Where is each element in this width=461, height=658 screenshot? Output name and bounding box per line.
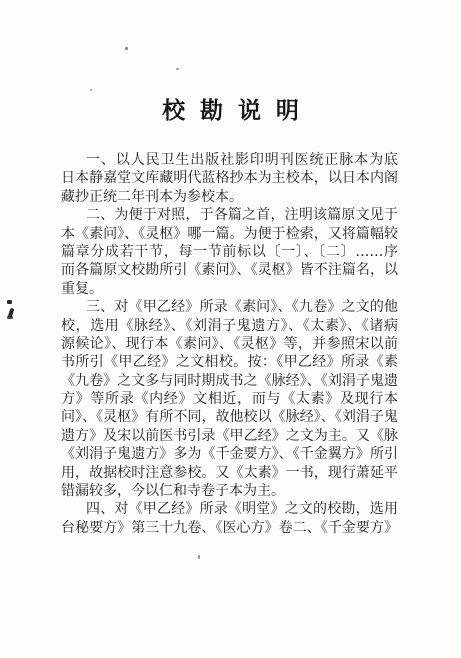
scan-speck	[198, 555, 200, 559]
text-line: 篇章分成若干节，每一节前标以〔一〕、〔二〕……序号，	[61, 243, 398, 261]
text-line: 源候论》、现行本《素问》、《灵枢》等，并参照宋以前医	[61, 335, 398, 353]
text-line: 本《素问》、《灵枢》哪一篇。为便于检索，又将篇幅较大	[61, 225, 398, 243]
text-line: 方》等所录《内经》文相近，而与《太素》及现行本《素	[61, 390, 398, 408]
text-line: 校，选用《脉经》、《刘涓子鬼遗方》、《太素》、《诸病	[61, 317, 398, 335]
text-line: 错漏较多，今以仁和寺卷子本为主。	[61, 482, 398, 500]
text-line: 台秘要方》第三十九卷、《医心方》卷二、《千金要方》第	[61, 519, 398, 537]
scan-speck	[176, 68, 179, 70]
scan-speck	[90, 89, 92, 91]
text-line: 问》、《灵枢》有所不同，故他校以《脉经》、《刘涓子鬼	[61, 408, 398, 426]
text-line: 书所引《甲乙经》之文相校。按：《甲乙经》所录《素问》、	[61, 353, 398, 371]
text-line: 一、以人民卫生出版社影印明刊医统正脉本为底本，以	[61, 151, 398, 169]
text-line: 三、对《甲乙经》所录《素问》、《九卷》之文的他	[61, 298, 398, 316]
text-line: 二、为便于对照，于各篇之首，注明该篇原文见于现行	[61, 206, 398, 224]
text-line: 重复。	[61, 280, 398, 298]
body-text: 一、以人民卫生出版社影印明刊医统正脉本为底本，以日本静嘉堂文库藏明代蓝格抄本为主…	[61, 151, 398, 537]
text-line: 用，故据校时注意参校。又《太素》一书，现行萧延平校本	[61, 464, 398, 482]
text-line: 《刘涓子鬼遗方》多为《千金要方》、《千金翼方》所引	[61, 445, 398, 463]
scan-speck	[7, 300, 12, 304]
page-title: 校勘说明	[0, 97, 461, 125]
text-line: 遗方》及宋以前医书引录《甲乙经》之文为主。又《脉经》、	[61, 427, 398, 445]
text-line: 藏抄正统二年刊本为参校本。	[61, 188, 398, 206]
text-line: 日本静嘉堂文库藏明代蓝格抄本为主校本，以日本内阁文库	[61, 169, 398, 187]
text-line: 而各篇原文校勘所引《素问》、《灵枢》皆不注篇名，以免	[61, 261, 398, 279]
text-line: 《九卷》之文多与同时期成书之《脉经》、《刘涓子鬼遗	[61, 372, 398, 390]
text-line: 四、对《甲乙经》所录《明堂》之文的校勘，选用《外	[61, 500, 398, 518]
scan-speck	[125, 47, 128, 50]
scan-speck	[7, 316, 13, 319]
scanned-page: 校勘说明 一、以人民卫生出版社影印明刊医统正脉本为底本，以日本静嘉堂文库藏明代蓝…	[0, 0, 461, 658]
